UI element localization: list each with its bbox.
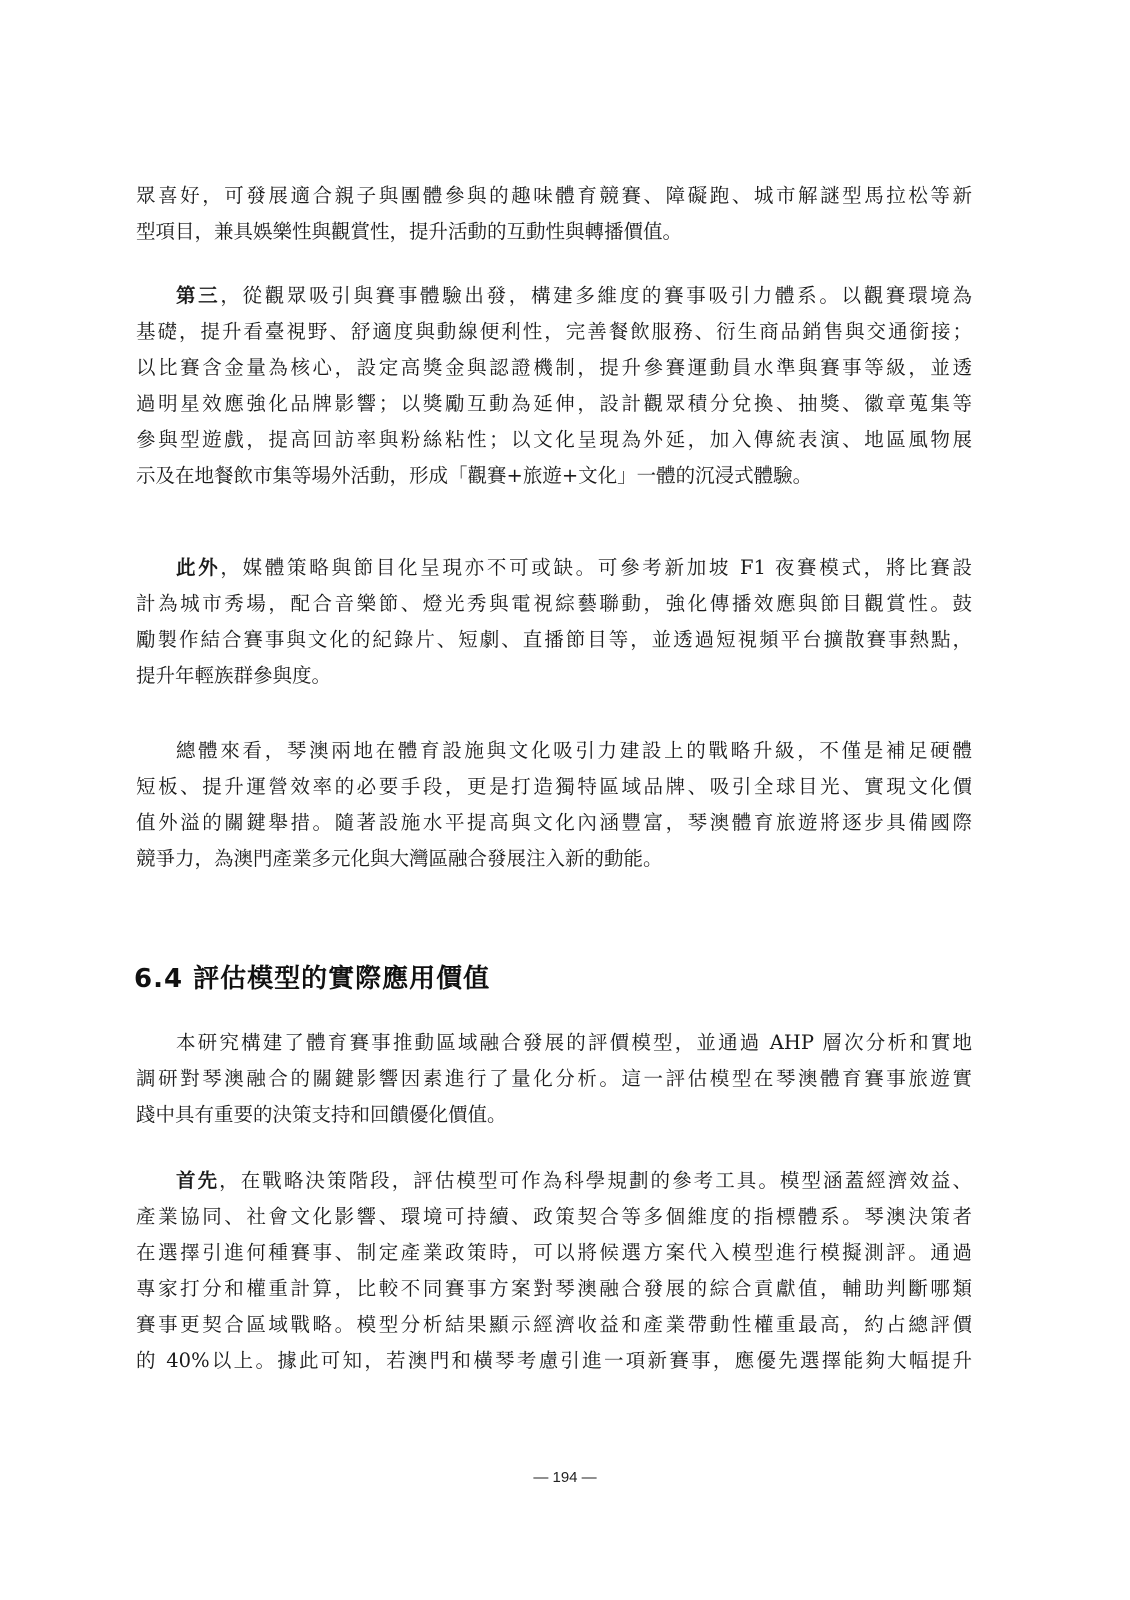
text-line: 值外溢的關鍵舉措。隨著設施水平提高與文化內涵豐富，琴澳體育旅遊將逐步具備國際 [136, 805, 972, 841]
text-line: 計為城市秀場，配合音樂節、燈光秀與電視綜藝聯動，強化傳播效應與節目觀賞性。鼓 [136, 586, 972, 622]
text-line: 基礎，提升看臺視野、舒適度與動線便利性，完善餐飲服務、衍生商品銷售與交通銜接； [136, 314, 972, 350]
text-line: 競爭力，為澳門產業多元化與大灣區融合發展注入新的動能。 [136, 841, 972, 877]
paragraph-lead: 首先 [176, 1169, 219, 1192]
text-run: ，媒體策略與節目化呈現亦不可或缺。可參考新加坡 F1 夜賽模式，將比賽設 [220, 556, 972, 579]
text-line: 型項目，兼具娛樂性與觀賞性，提升活動的互動性與轉播價值。 [136, 214, 972, 250]
text-line: 專家打分和權重計算，比較不同賽事方案對琴澳融合發展的綜合貢獻值，輔助判斷哪類 [136, 1271, 972, 1307]
text-line: 產業協同、社會文化影響、環境可持續、政策契合等多個維度的指標體系。琴澳決策者 [136, 1199, 972, 1235]
text-line: 示及在地餐飲市集等場外活動，形成「觀賽+旅遊+文化」一體的沉浸式體驗。 [136, 458, 972, 494]
paragraph-lead: 第三 [176, 284, 220, 307]
text-line: 的 40%以上。據此可知，若澳門和橫琴考慮引進一項新賽事，應優先選擇能夠大幅提升 [136, 1343, 972, 1379]
text-line: 眾喜好，可發展適合親子與團體參與的趣味體育競賽、障礙跑、城市解謎型馬拉松等新 [136, 178, 972, 214]
paragraph-third: 第三，從觀眾吸引與賽事體驗出發，構建多維度的賽事吸引力體系。以觀賽環境為 基礎，… [136, 278, 972, 494]
text-line: 第三，從觀眾吸引與賽事體驗出發，構建多維度的賽事吸引力體系。以觀賽環境為 [136, 278, 972, 314]
text-line: 提升年輕族群參與度。 [136, 658, 972, 694]
text-line: 在選擇引進何種賽事、制定產業政策時，可以將候選方案代入模型進行模擬測評。通過 [136, 1235, 972, 1271]
paragraph-first: 首先，在戰略決策階段，評估模型可作為科學規劃的參考工具。模型涵蓋經濟效益、 產業… [136, 1163, 972, 1379]
text-line: 以比賽含金量為核心，設定高獎金與認證機制，提升參賽運動員水準與賽事等級，並透 [136, 350, 972, 386]
text-run: ，在戰略決策階段，評估模型可作為科學規劃的參考工具。模型涵蓋經濟效益、 [219, 1169, 972, 1192]
text-line: 參與型遊戲，提高回訪率與粉絲粘性；以文化呈現為外延，加入傳統表演、地區風物展 [136, 422, 972, 458]
text-line: 踐中具有重要的決策支持和回饋優化價值。 [136, 1097, 972, 1133]
text-line: 本研究構建了體育賽事推動區域融合發展的評價模型，並通過 AHP 層次分析和實地 [136, 1025, 972, 1061]
paragraph-furthermore: 此外，媒體策略與節目化呈現亦不可或缺。可參考新加坡 F1 夜賽模式，將比賽設 計… [136, 550, 972, 694]
text-line: 勵製作結合賽事與文化的紀錄片、短劇、直播節目等，並透過短視頻平台擴散賽事熱點， [136, 622, 972, 658]
section-heading: 6.4 評估模型的實際應用價值 [134, 958, 490, 995]
page-number: — 194 — [0, 1469, 1130, 1486]
paragraph-intro: 本研究構建了體育賽事推動區域融合發展的評價模型，並通過 AHP 層次分析和實地 … [136, 1025, 972, 1133]
text-line: 調研對琴澳融合的關鍵影響因素進行了量化分析。這一評估模型在琴澳體育賽事旅遊實 [136, 1061, 972, 1097]
text-line: 總體來看，琴澳兩地在體育設施與文化吸引力建設上的戰略升級，不僅是補足硬體 [136, 733, 972, 769]
text-line: 首先，在戰略決策階段，評估模型可作為科學規劃的參考工具。模型涵蓋經濟效益、 [136, 1163, 972, 1199]
text-line: 過明星效應強化品牌影響；以獎勵互動為延伸，設計觀眾積分兌換、抽獎、徽章蒐集等 [136, 386, 972, 422]
paragraph-lead: 此外 [176, 556, 220, 579]
text-run: ，從觀眾吸引與賽事體驗出發，構建多維度的賽事吸引力體系。以觀賽環境為 [220, 284, 972, 307]
text-line: 短板、提升運營效率的必要手段，更是打造獨特區域品牌、吸引全球目光、實現文化價 [136, 769, 972, 805]
paragraph-continuation: 眾喜好，可發展適合親子與團體參與的趣味體育競賽、障礙跑、城市解謎型馬拉松等新 型… [136, 178, 972, 250]
text-line: 此外，媒體策略與節目化呈現亦不可或缺。可參考新加坡 F1 夜賽模式，將比賽設 [136, 550, 972, 586]
text-line: 賽事更契合區域戰略。模型分析結果顯示經濟收益和產業帶動性權重最高，約占總評價 [136, 1307, 972, 1343]
document-page: 眾喜好，可發展適合親子與團體參與的趣味體育競賽、障礙跑、城市解謎型馬拉松等新 型… [0, 0, 1130, 1600]
paragraph-summary: 總體來看，琴澳兩地在體育設施與文化吸引力建設上的戰略升級，不僅是補足硬體 短板、… [136, 733, 972, 877]
